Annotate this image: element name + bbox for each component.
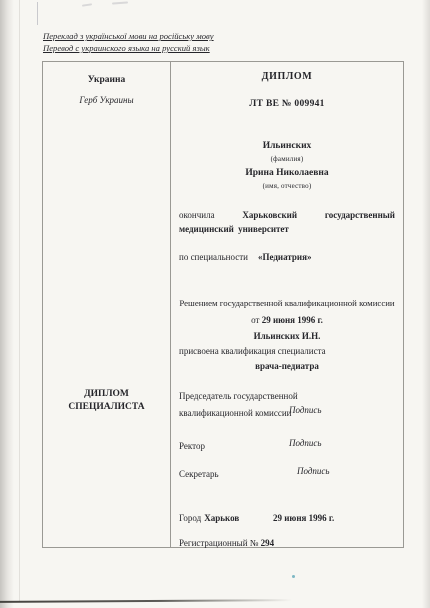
pencil-mark: [82, 3, 92, 6]
scanned-diploma-page: Переклад з української мови на російську…: [0, 0, 430, 608]
graduation-statement: окончила Харьковский государственный мед…: [179, 209, 395, 236]
chairman-label-line2: квалификационной комиссии: [179, 405, 298, 422]
diploma-number: ЛТ ВЕ № 009941: [171, 99, 403, 109]
specialty-line: по специальности«Педиатрия»: [179, 252, 311, 262]
surname-text: Ильинских: [171, 141, 403, 151]
specialist-diploma-line2: СПЕЦИАЛИСТА: [43, 401, 170, 414]
surname-caption: (фамилия): [171, 155, 403, 163]
country-label: Украина: [43, 75, 170, 85]
issue-date: 29 июня 1996 г.: [273, 513, 334, 523]
secretary-signature: Подпись: [297, 466, 330, 476]
ink-speck: [292, 575, 295, 578]
pencil-mark: [112, 1, 128, 4]
diploma-title: ДИПЛОМ: [171, 71, 403, 82]
specialist-diploma-label: ДИПЛОМ СПЕЦИАЛИСТА: [43, 388, 170, 413]
rector-signature: Подпись: [289, 438, 322, 448]
pencil-mark: [37, 2, 38, 25]
secretary-label: Секретарь: [179, 466, 219, 483]
city-line: ГородХарьков: [179, 513, 239, 523]
page-left-edge-shading: [0, 0, 14, 608]
chairman-signature: Подпись: [289, 405, 322, 415]
qualification-statement: присвоена квалификация специалиста: [179, 346, 326, 356]
chairman-label: Председатель государственной квалификаци…: [179, 388, 298, 422]
graduated-prefix: окончила: [179, 210, 215, 220]
decision-date-line: от 29 июня 1996 г.: [171, 315, 403, 325]
page-fold-line: [19, 0, 20, 601]
translation-note-ru: Перевод с украинского языка на русский я…: [43, 42, 214, 54]
registration-number: 294: [261, 538, 275, 548]
diploma-table: Украина Герб Украины ДИПЛОМ СПЕЦИАЛИСТА …: [42, 61, 404, 548]
specialist-diploma-line1: ДИПЛОМ: [43, 388, 170, 401]
registration-label: Регистрационный №: [179, 538, 258, 548]
specialty-name: «Педиатрия»: [258, 252, 311, 262]
page-bottom-edge-line: [0, 599, 292, 603]
commission-statement: Решением государственной квалификационно…: [171, 298, 403, 308]
emblem-note: Герб Украины: [43, 95, 170, 105]
specialty-label: по специальности: [179, 252, 248, 262]
city-name: Харьков: [204, 513, 239, 523]
diploma-table-right-column: ДИПЛОМ ЛТ ВЕ № 009941 Ильинских (фамилия…: [171, 62, 403, 547]
qualification-title: врача-педиатра: [171, 361, 403, 371]
translation-note: Переклад з української мови на російську…: [43, 30, 214, 54]
date-prefix: от: [251, 315, 259, 325]
rector-label: Ректор: [179, 438, 205, 455]
translation-note-uk: Переклад з української мови на російську…: [43, 30, 214, 42]
given-name-caption: (имя, отчество): [171, 182, 403, 190]
page-right-edge-shading: [422, 0, 430, 608]
diploma-table-left-column: Украина Герб Украины ДИПЛОМ СПЕЦИАЛИСТА: [43, 62, 171, 547]
city-label: Город: [179, 513, 201, 523]
given-name-text: Ирина Николаевна: [171, 168, 403, 178]
chairman-label-line1: Председатель государственной: [179, 388, 298, 405]
registration-line: Регистрационный № 294: [179, 538, 274, 548]
person-short-name: Ильинских И.Н.: [171, 331, 403, 341]
decision-date: 29 июня 1996 г.: [262, 315, 323, 325]
